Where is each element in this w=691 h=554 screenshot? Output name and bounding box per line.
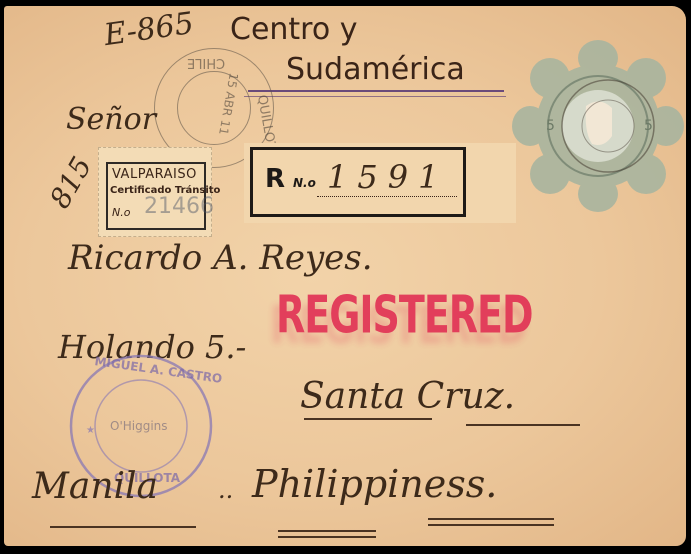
country-underline-3 <box>428 518 554 520</box>
city-underline <box>50 526 196 528</box>
registration-dotted-line <box>317 196 457 197</box>
address-separator: .. <box>218 476 233 504</box>
indicia-rosette-icon <box>508 36 688 216</box>
registration-label: R N.o 1591 <box>244 143 516 223</box>
destination-region-line1: Centro y <box>230 12 358 47</box>
indicia-value-left: 5 <box>546 118 555 134</box>
country-underline-4 <box>428 524 554 526</box>
registered-stamp: REGISTERED <box>276 285 533 344</box>
header-note: E-865 <box>102 6 196 53</box>
postmark-inner-ring <box>177 71 251 145</box>
addressee-name: Ricardo A. Reyes. <box>68 238 373 278</box>
indicia-value-right: 5 <box>644 118 653 134</box>
transit-label: VALPARAISO Certificado Tránsito N.o 2146… <box>98 147 212 237</box>
registration-number: 1591 <box>327 158 448 196</box>
envelope: E-865 Centro y Sudamérica CHILE 15 ABR 1… <box>4 6 686 546</box>
country-underline-1 <box>278 530 376 532</box>
transit-label-number: 21466 <box>144 194 214 219</box>
country-underline-2 <box>278 536 376 538</box>
destination-region-line2: Sudamérica <box>286 52 465 87</box>
transit-label-number-prefix: N.o <box>112 206 130 219</box>
address-city: Manila <box>32 466 158 507</box>
salutation: Señor <box>66 102 156 137</box>
postmark-country: CHILE <box>187 55 225 70</box>
district-underline-2 <box>466 424 580 426</box>
address-district: Santa Cruz. <box>300 376 515 417</box>
registration-number-prefix: N.o <box>293 176 316 190</box>
side-note: 815 <box>43 151 98 214</box>
indicia-stamp: 5 5 <box>508 36 688 216</box>
svg-text:★: ★ <box>86 425 95 436</box>
district-underline-1 <box>304 418 432 420</box>
seal-street: O'Higgins <box>110 419 168 433</box>
purple-underline-2 <box>244 96 506 97</box>
transit-label-city: VALPARAISO <box>112 167 197 182</box>
transit-label-frame: VALPARAISO Certificado Tránsito N.o 2146… <box>106 162 206 230</box>
registration-letter: R <box>265 164 285 194</box>
address-country: Philippiness. <box>252 462 497 506</box>
purple-underline <box>248 90 504 92</box>
registration-label-frame: R N.o 1591 <box>250 147 466 217</box>
